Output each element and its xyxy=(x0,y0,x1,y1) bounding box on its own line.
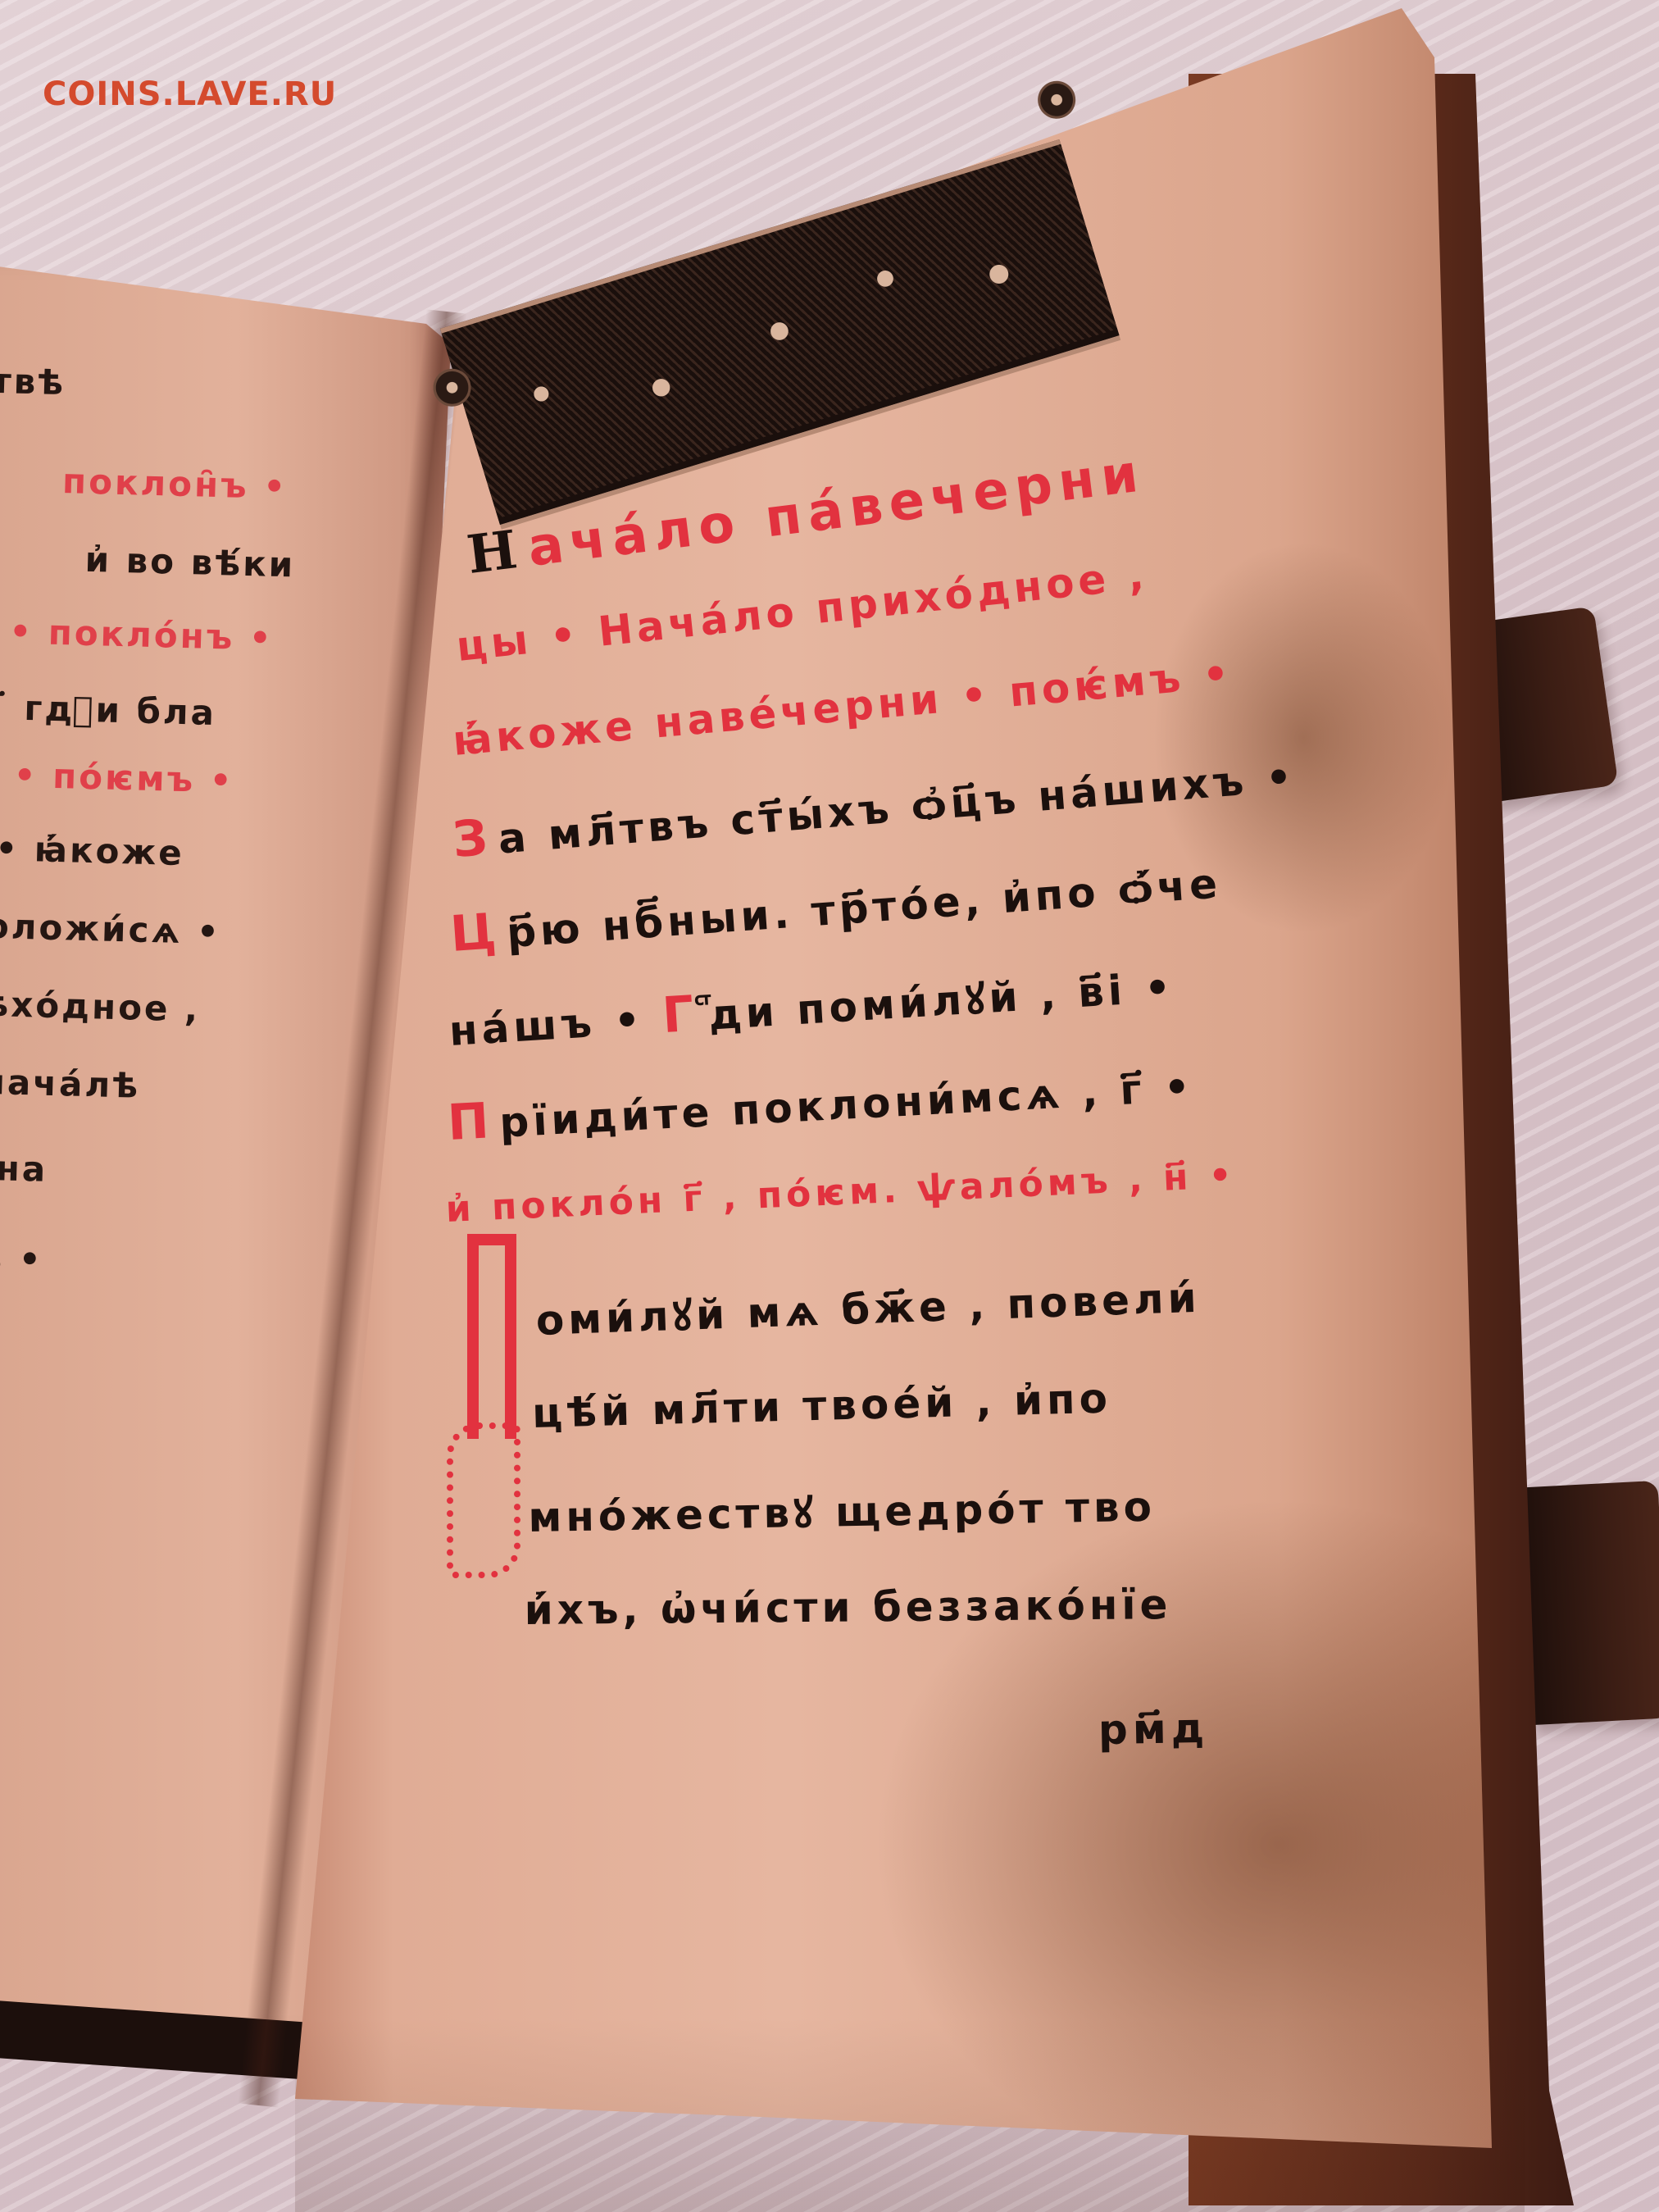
text-line-4-body: рїиди́те поклони́мсѧ , г҃ • xyxy=(498,1063,1195,1146)
text-line-4: Прїиди́те поклони́мсѧ , г҃ • xyxy=(446,1055,1195,1152)
text-line-2-body: р҃ю нб҃ныи. тр҃то́е, и҆по ѻ҆́че xyxy=(505,859,1223,957)
initial-scroll-ornament xyxy=(447,1422,520,1578)
psalm-line-3: мно́жествꙋ щедро́т тво xyxy=(528,1477,1157,1544)
rubric-line-3: и҆ покло́н г҃ , по́ѥм. ѱало́мъ , н҃ • xyxy=(445,1154,1237,1231)
text-line-1: За мл҃твъ ст҃ы́хъ ѻ҆ц҃ъ на́шихъ • xyxy=(451,745,1298,869)
text-line-2: Цр҃ю нб҃ныи. тр҃то́е, и҆по ѻ҆́че xyxy=(448,852,1223,963)
folio-signature: рм҃д xyxy=(1098,1705,1210,1754)
red-initial-g: Г xyxy=(661,985,699,1045)
right-page-text: Нача́ло па́вечерни цы • Нача́ло прихо́дн… xyxy=(0,0,1659,2212)
text-line-3: на́шъ • Гⷵди поми́лꙋй , в҃і • xyxy=(448,956,1176,1058)
psalm-line-1: оми́лꙋй мѧ бж҃е , повели́ xyxy=(535,1268,1202,1347)
psalm-line-2: цѣ́й мл҃ти твое́й , и҆по xyxy=(531,1375,1111,1437)
title-text: ача́ло па́вечерни xyxy=(525,443,1148,579)
psalm-line-4: и҆́хъ, ѡ҆чи́сти беззако́нїе xyxy=(524,1581,1171,1634)
initial-letter-stem xyxy=(467,1234,516,1439)
page-bottom-shadow xyxy=(295,2017,1525,2212)
ornate-initial-p-icon xyxy=(447,1234,520,1578)
red-initial-z: З xyxy=(451,808,494,869)
rubric-line-2: ꙗ҆́коже наве́черни • поѥ́мъ • xyxy=(451,649,1235,765)
text-line-1-body: а мл҃твъ ст҃ы́хъ ѻ҆ц҃ъ на́шихъ • xyxy=(497,753,1298,862)
red-initial-p: П xyxy=(446,1092,494,1152)
text-line-3-start: на́шъ • xyxy=(448,994,664,1055)
title-drop-letter: Н xyxy=(464,518,527,586)
red-initial-ts: Ц xyxy=(448,903,502,963)
text-line-3-body: ⷵди поми́лꙋй , в҃і • xyxy=(703,963,1176,1040)
